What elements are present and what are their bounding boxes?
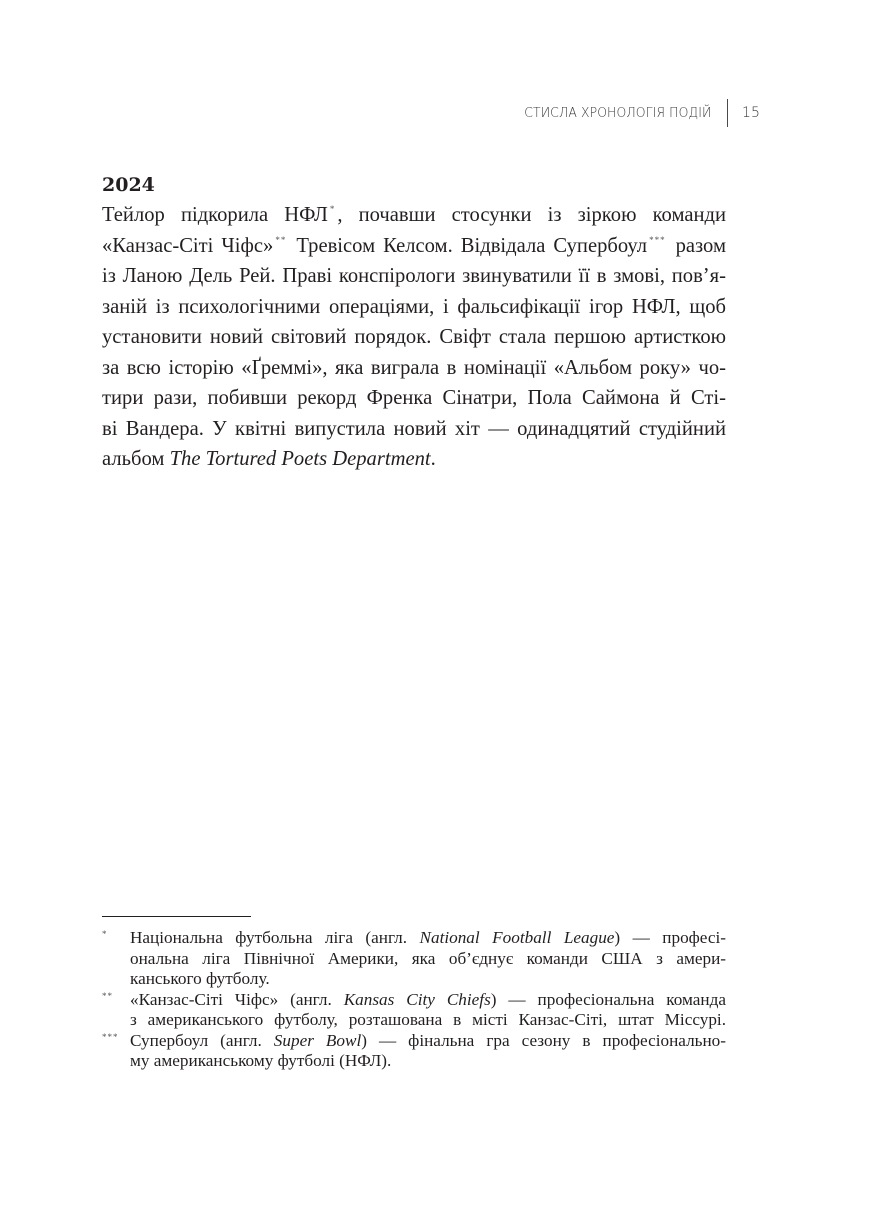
footnote-reference[interactable]: *	[328, 204, 338, 214]
year-heading: 2024	[102, 170, 726, 200]
running-head: СТИСЛА ХРОНОЛОГІЯ ПОДІЙ 15	[508, 100, 760, 126]
body-paragraph: Тейлор підкорила НФЛ*, почавши стосунки …	[102, 200, 726, 475]
italic-title: National Football League	[420, 928, 615, 947]
main-content: 2024 Тейлор підкорила НФЛ*, почавши стос…	[102, 170, 726, 475]
text-line: за всю історію «Ґреммі», яка виграла в н…	[102, 353, 726, 384]
text-line: установити новий світовий порядок. Свіфт…	[102, 322, 726, 353]
italic-title: The Tortured Poets Department	[170, 448, 431, 470]
text-line: Тейлор підкорила НФЛ*, почавши стосунки …	[102, 200, 726, 231]
header-divider	[727, 99, 728, 127]
footnote-line: канського футболу.	[130, 969, 726, 990]
footnote-line: ональна ліга Північної Америки, яка об’є…	[130, 949, 726, 970]
text-line: «Канзас-Сіті Чіфс»** Тревісом Келсом. Ві…	[102, 231, 726, 262]
footnote-line: Національна футбольна ліга (англ. Nation…	[130, 928, 726, 949]
italic-title: Kansas City Chiefs	[344, 990, 491, 1009]
text-line: ві Вандера. У квітні випустила новий хіт…	[102, 414, 726, 445]
footnote-rule	[102, 916, 251, 917]
footnote-reference[interactable]: ***	[647, 235, 668, 245]
text-line: альбом The Tortured Poets Department.	[102, 444, 726, 475]
footnote-line: му американському футболі (НФЛ).	[130, 1051, 726, 1072]
footnote-line: з американського футболу, розташована в …	[130, 1010, 726, 1031]
footnotes: *Національна футбольна ліга (англ. Natio…	[102, 928, 726, 1072]
footnote-marker: **	[102, 986, 113, 1007]
text-line: заній із психологічними операціями, і фа…	[102, 292, 726, 323]
italic-title: Super Bowl	[274, 1031, 361, 1050]
footnote: **«Канзас-Сіті Чіфс» (англ. Kansas City …	[102, 990, 726, 1031]
footnote: *Національна футбольна ліга (англ. Natio…	[102, 928, 726, 990]
footnote-reference[interactable]: **	[273, 235, 288, 245]
page-number: 15	[742, 105, 760, 121]
footnote-line: «Канзас-Сіті Чіфс» (англ. Kansas City Ch…	[130, 990, 726, 1011]
text-line: тири рази, побивши рекорд Френка Сінатри…	[102, 383, 726, 414]
footnote-marker: ***	[102, 1027, 119, 1048]
footnote-marker: *	[102, 924, 108, 945]
footnote: ***Супербоул (англ. Super Bowl) — фіналь…	[102, 1031, 726, 1072]
text-line: із Ланою Дель Рей. Праві конспірологи зв…	[102, 261, 726, 292]
section-title: СТИСЛА ХРОНОЛОГІЯ ПОДІЙ	[524, 105, 711, 121]
footnote-line: Супербоул (англ. Super Bowl) — фінальна …	[130, 1031, 726, 1052]
